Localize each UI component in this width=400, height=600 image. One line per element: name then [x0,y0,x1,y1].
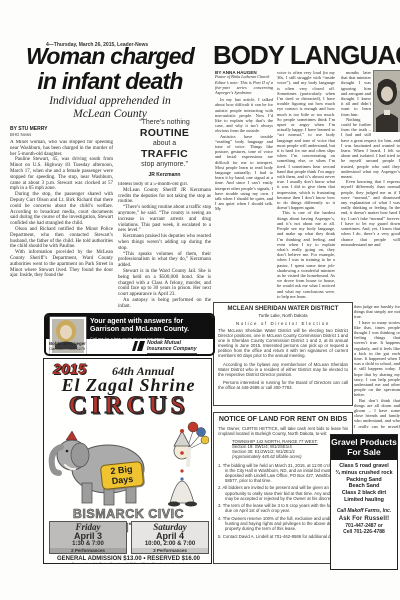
gravel-ask: Ask For Russell! [331,516,397,523]
paragraph: An autopsy is being performed on the inf… [118,298,211,310]
paragraph: During the stop, the passenger shared wi… [10,192,113,227]
company-name: Nodak Mutual Insurance Company [147,341,197,352]
nodak-logo: Nodak Mutual Insurance Company Agents wi… [132,341,212,356]
paragraph: The Owner, CURTIS HETTICK, will take cas… [218,426,348,436]
paragraph: In my last article, I talked about how d… [215,97,273,133]
notice-item: 5. Contact David A. Lindell at 701-462-8… [218,534,348,539]
notice-location: Turtle Lake, North Dakota [218,313,348,318]
paragraph: voice is often very loud (in my 30s, I s… [277,70,335,210]
paragraph: But don’t think that things are all doom… [354,398,400,428]
subhead-line: Individual apprehended in [8,95,212,108]
gravel-item: Limited hauling [331,497,397,504]
pull-quote-line: about a [118,139,211,148]
notice-body: The Owner, CURTIS HETTICK, will take cas… [218,426,348,541]
water-district-notice: MCLEAN SHERIDAN WATER DISTRICT Turtle La… [213,302,353,406]
friday-schedule: Friday April 3 1:30 & 7:00 2 Performance… [49,521,127,554]
notice-subtitle: Notice of Director Election [218,321,348,326]
gravel-products-ad: Gravel Products For Sale Class 5 road gr… [330,434,398,570]
notice-title: MCLEAN SHERIDAN WATER DISTRICT [218,306,348,312]
two-big-days-badge: 2 Big Days [100,461,144,490]
right-story-column-1: BY ANNA HAUGEN Pastor of Birka Lutheran … [215,70,273,300]
left-story-byline: BY STU MERRY BHG News [10,126,110,137]
gravel-item: Packing Sand [331,477,397,484]
pull-quote-line: “There’s nothing [118,118,211,127]
circus-ad: 2015 64th Annual El Zagal Shrine CIRCUS [43,358,212,564]
gravel-phone: Cell 701-226-4788 [331,529,397,535]
show-performances: 3 Performances [132,548,208,554]
ad-headline-line: Garrison and McLean County. [90,326,213,334]
pull-quote-attribution: JR Kerzmann [118,172,211,178]
gravel-title-line: Gravel Products [331,437,397,447]
notice-item: 2. All bidders are invited to be present… [218,485,348,500]
paragraph: Stewart is in the Ward County Jail. She … [118,269,211,298]
author-photo [373,70,400,132]
notice-item: 4. The Owners reserve 100% of the full, … [218,516,348,531]
company-name-line: Insurance Company [147,347,197,353]
editors-note: Editor’s note: This is Part II of a five… [215,80,273,95]
paragraph: “There’s nothing routine about a traffic… [118,205,211,234]
left-story-column-2: lifeless body of a 5-month-old girl. McL… [118,182,211,310]
company-tagline: Agents with answers [147,353,197,356]
notice-item: 1. The bidding will be held on March 31,… [218,463,348,483]
paragraph: Kerzmann praised his deputies who reacte… [118,234,211,251]
newspaper-page: 4—Thursday, March 26, 2015, Leader-News … [0,0,400,600]
pull-quote-line: ROUTINE [118,127,211,139]
paragraph: then judge me harshly for things that si… [354,304,400,320]
paragraph: Autistics have trouble “reading” body la… [215,134,273,212]
show-date: April 4 [132,532,208,541]
saturday-schedule: Saturday April 4 10:00, 2:00 & 7:00 3 Pe… [131,521,209,554]
right-story-column-2: voice is often very loud (in my 30s, I s… [277,70,335,300]
circus-illustration: 2 Big Days [46,419,209,507]
pull-quote: “There’s nothing ROUTINE about a TRAFFIC… [118,118,211,178]
pull-quote-line: stop anymore.” [118,160,211,169]
byline-org: BHG News [10,132,110,137]
ad-headline-line: Your agent with answers for [90,318,213,326]
nodak-insurance-ad: Your agent with answers for Garrison and… [44,313,215,356]
paragraph: A Minot woman, who was stopped for speed… [10,140,113,157]
paragraph: As I got to know him, I relaxed. He knew… [277,299,335,300]
paragraph: Pauline Stewart, 45, was driving south f… [10,157,113,192]
paragraph: The McLean Sheridan Water District will … [218,328,348,359]
gravel-item: Class 2 black dirt [331,490,397,497]
left-story-headline: Woman charged in infant death [8,44,212,94]
clown-icon [168,429,197,507]
gravel-title-line: For Sale [331,447,397,457]
gravel-contact: Call Makoff Farms, Inc. [331,508,397,514]
notice-item: 3. The term of the lease will be 3 to 5 … [218,503,348,513]
right-story-headline: BODY LANGUAGE [213,40,400,71]
gravel-item: Class 5 road gravel [331,463,397,470]
show-date: April 3 [50,532,126,541]
paragraph: With information provided by the McLean … [10,250,113,279]
paragraph: Even knowing that I express myself diffe… [341,179,400,247]
fine-print: Proceeds from this Shrine Circus benefit… [44,562,212,564]
right-story-column-3: months later that that minister thought … [341,70,400,302]
paragraph: “This speaks volumes of them, their prof… [118,252,211,269]
ad-headline: Your agent with answers for Garrison and… [90,318,213,334]
nodak-logo-icon [132,341,145,351]
paragraph: This is one of the hardest things about … [277,210,335,298]
right-story-column-3-continued: then judge me harshly for things that si… [354,304,400,428]
show-times: 10:00, 2:00 & 7:00 [132,541,208,548]
show-performances: 2 Performances [50,548,126,554]
gravel-items: Class 5 road gravel ¾ minus crushed rock… [331,463,397,504]
pull-quote-line: TRAFFIC [118,148,211,160]
paragraph: I have so many stories like that, times … [354,320,400,398]
paragraph: According to the bylaws any member/user … [218,362,348,377]
gravel-item: Beach Sand [331,483,397,490]
paragraph: Olson and Richard notified the Minot Pol… [10,227,113,250]
gravel-ad-header: Gravel Products For Sale [331,435,397,460]
portrait-illustration [374,71,400,132]
paragraph: McLean County Sheriff JR Kerzmann credit… [118,188,211,205]
gravel-item: ¾ minus crushed rock [331,470,397,477]
agent-phone: Garrison—463-2279 [49,346,109,351]
paragraph: Persons interested in running for the Bo… [218,380,348,390]
show-times: 1:30 & 7:00 [50,541,126,548]
headline-line: Woman charged [8,44,212,69]
circus-title: CIRCUS [44,392,212,420]
balloons-icon [187,422,209,449]
notice-title: NOTICE OF LAND FOR RENT ON BIDS [218,416,348,423]
agent-info: Bobbi Jo Krueger Garrison—463-2279 [49,341,109,351]
left-story-column-1: A Minot woman, who was stopped for speed… [10,140,113,310]
headline-line: in infant death [8,69,212,94]
notice-body: The McLean Sheridan Water District will … [218,328,348,393]
